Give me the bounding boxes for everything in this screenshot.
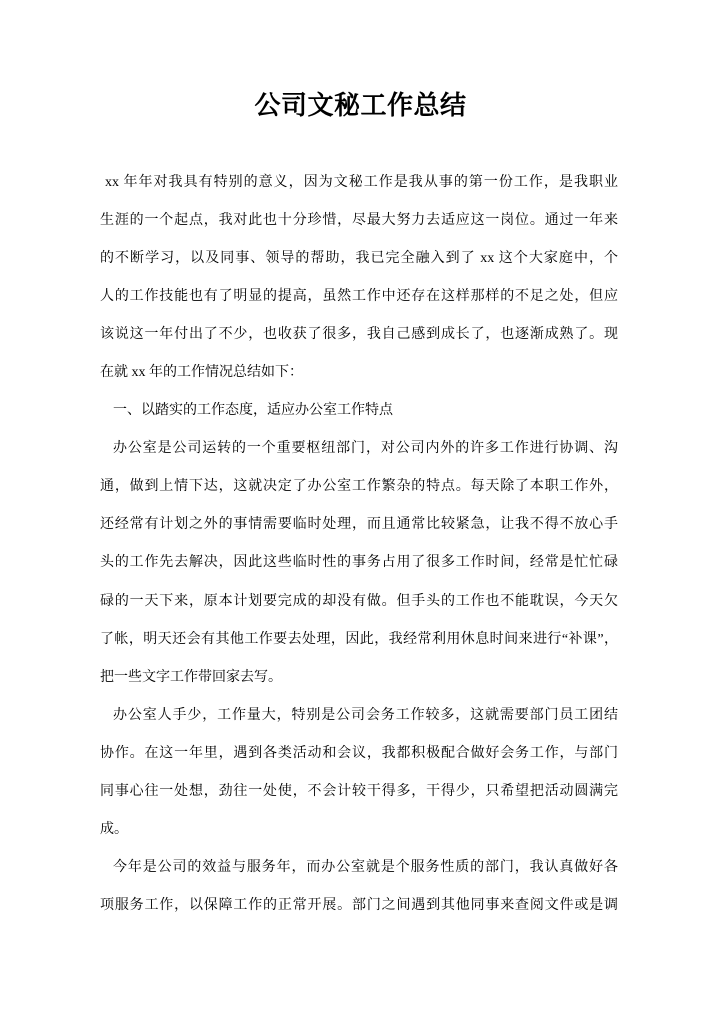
- text-line: 今年是公司的效益与服务年，而办公室就是个服务性质的部门，我认真做好各: [100, 849, 618, 887]
- text-line: 头的工作先去解决，因此这些临时性的事务占用了很多工作时间，经常是忙忙碌: [100, 544, 618, 582]
- text-line: 生涯的一个起点，我对此也十分珍惜，尽最大努力去适应这一岗位。通过一年来: [100, 202, 618, 240]
- text-line: 碌的一天下来，原本计划要完成的却没有做。但手头的工作也不能耽误，今天欠: [100, 583, 618, 621]
- text-line: 该说这一年付出了不少，也收获了很多，我自己感到成长了，也逐渐成熟了。现: [100, 316, 618, 354]
- text-line: 了帐，明天还会有其他工作要去处理，因此，我经常利用休息时间来进行“补课”，: [100, 621, 618, 659]
- text-line: 人的工作技能也有了明显的提高，虽然工作中还存在这样那样的不足之处，但应: [100, 278, 618, 316]
- text-line: 办公室人手少，工作量大，特别是公司会务工作较多，这就需要部门员工团结: [100, 697, 618, 735]
- text-line: 一、以踏实的工作态度，适应办公室工作特点: [100, 392, 618, 430]
- text-line: 成。: [100, 811, 618, 849]
- text-line: xx 年年对我具有特别的意义，因为文秘工作是我从事的第一份工作，是我职业: [100, 164, 618, 202]
- document-page: 公司文秘工作总结 xx 年年对我具有特别的意义，因为文秘工作是我从事的第一份工作…: [0, 0, 721, 1020]
- text-line: 办公室是公司运转的一个重要枢纽部门，对公司内外的许多工作进行协调、沟: [100, 430, 618, 468]
- text-line: 协作。在这一年里，遇到各类活动和会议，我都积极配合做好会务工作，与部门: [100, 735, 618, 773]
- text-line: 还经常有计划之外的事情需要临时处理，而且通常比较紧急，让我不得不放心手: [100, 506, 618, 544]
- text-line: 把一些文字工作带回家去写。: [100, 659, 618, 697]
- text-line: 同事心往一处想，劲往一处使，不会计较干得多，干得少，只希望把活动圆满完: [100, 773, 618, 811]
- document-title: 公司文秘工作总结: [0, 86, 721, 126]
- text-line: 在就 xx 年的工作情况总结如下：: [100, 354, 618, 392]
- text-line: 的不断学习，以及同事、领导的帮助，我已完全融入到了 xx 这个大家庭中，个: [100, 240, 618, 278]
- document-body: xx 年年对我具有特别的意义，因为文秘工作是我从事的第一份工作，是我职业生涯的一…: [100, 164, 618, 925]
- text-line: 通，做到上情下达，这就决定了办公室工作繁杂的特点。每天除了本职工作外，: [100, 468, 618, 506]
- text-line: 项服务工作，以保障工作的正常开展。部门之间遇到其他同事来查阅文件或是调: [100, 887, 618, 925]
